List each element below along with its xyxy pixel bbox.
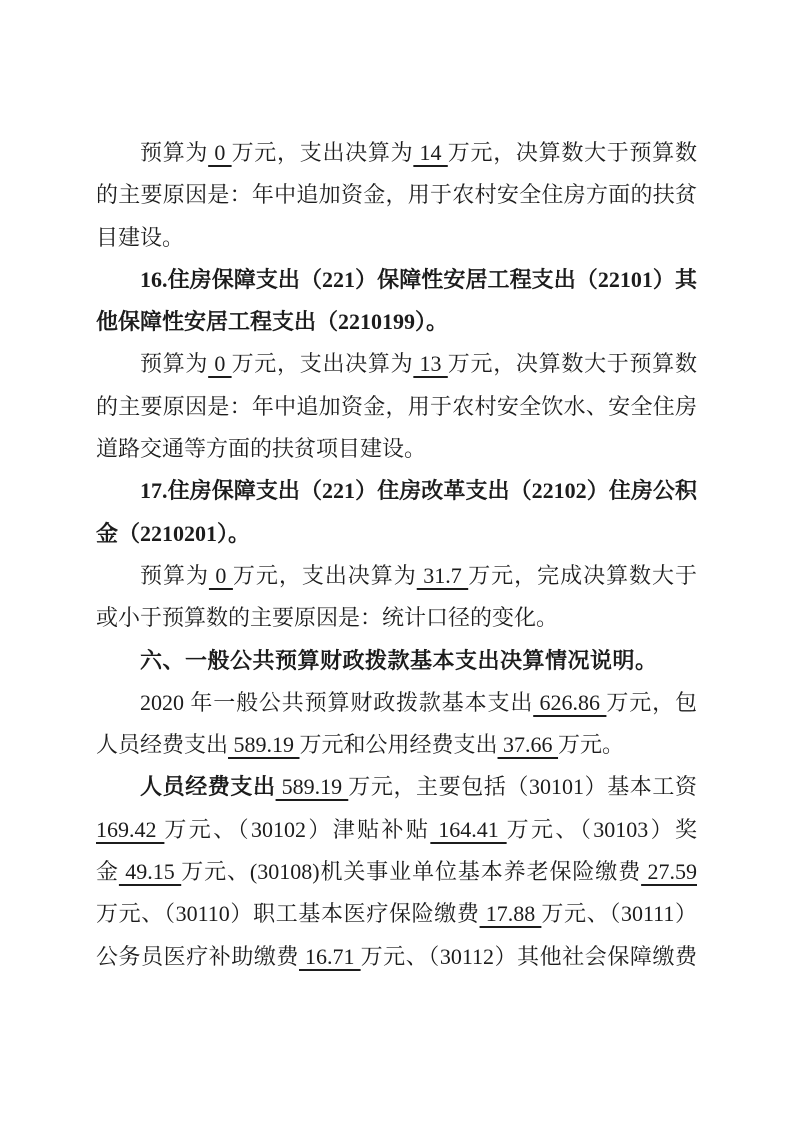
- text-segment: 公务员医疗补助缴费: [96, 944, 299, 969]
- text-segment: 万元，决算数大于预算数: [448, 351, 697, 376]
- underlined-value: 37.66: [498, 732, 559, 757]
- document-body: 预算为 0 万元，支出决算为 14 万元，决算数大于预算数的主要原因是：年中追加…: [96, 132, 697, 978]
- text-segment: 预算为: [140, 140, 208, 165]
- text-line: 目建设。: [96, 217, 697, 259]
- text-segment: 道路交通等方面的扶贫项目建设。: [96, 436, 426, 461]
- text-segment: 金: [96, 859, 119, 884]
- text-segment: 他保障性安居工程支出（2210199）。: [96, 309, 448, 334]
- underlined-value: 0: [208, 351, 231, 376]
- underlined-value: 626.86: [533, 690, 606, 715]
- text-segment: 金（2210201）。: [96, 521, 250, 546]
- underlined-value: 0: [208, 140, 231, 165]
- underlined-value: 27.59: [641, 859, 697, 884]
- section-heading-text: 六、一般公共预算财政拨款基本支出决算情况说明。: [140, 648, 658, 673]
- text-line: 六、一般公共预算财政拨款基本支出决算情况说明。: [96, 640, 697, 682]
- text-segment: 万元。: [558, 732, 624, 757]
- underlined-value: 0: [209, 563, 233, 588]
- text-line: 人员经费支出 589.19 万元，主要包括（30101）基本工资: [96, 766, 697, 808]
- underlined-value: 17.88: [480, 901, 542, 926]
- underlined-value: 164.41: [430, 817, 506, 842]
- text-line: 预算为 0 万元，支出决算为 13 万元，决算数大于预算数: [96, 343, 697, 385]
- text-line: 金（2210201）。: [96, 513, 697, 555]
- text-line: 他保障性安居工程支出（2210199）。: [96, 301, 697, 343]
- underlined-value: 169.42: [96, 817, 164, 842]
- text-segment: 预算为: [140, 351, 208, 376]
- underlined-value: 13: [413, 351, 447, 376]
- text-segment: 万元和公用经费支出: [300, 732, 498, 757]
- text-line: 金 49.15 万元、(30108)机关事业单位基本养老保险缴费 27.59: [96, 851, 697, 893]
- text-line: 的主要原因是：年中追加资金，用于农村安全饮水、安全住房及: [96, 386, 697, 428]
- underlined-value: 589.19: [276, 774, 349, 799]
- text-segment: 万元、（30111）: [541, 901, 697, 926]
- text-segment: 万元、（30103）奖: [507, 817, 697, 842]
- underlined-value: 589.19: [228, 732, 300, 757]
- text-segment: 万元、（30102）津贴补贴: [164, 817, 430, 842]
- text-segment: 万元、（30110）职工基本医疗保险缴费: [96, 901, 480, 926]
- underlined-value: 49.15: [119, 859, 181, 884]
- text-segment: 万元，完成决算数大于: [468, 563, 697, 588]
- text-segment: 万元，支出决算为: [233, 563, 417, 588]
- text-segment: 的主要原因是：年中追加资金，用于农村安全住房方面的扶贫项: [96, 182, 697, 216]
- text-segment: 或小于预算数的主要原因是：统计口径的变化。: [96, 605, 558, 630]
- text-segment: 万元，支出决算为: [232, 140, 414, 165]
- text-segment: 目建设。: [96, 225, 184, 250]
- text-line: 公务员医疗补助缴费 16.71 万元、（30112）其他社会保障缴费: [96, 936, 697, 978]
- text-line: 16.住房保障支出（221）保障性安居工程支出（22101）其: [96, 259, 697, 301]
- text-line: 或小于预算数的主要原因是：统计口径的变化。: [96, 597, 697, 639]
- text-line: 17.住房保障支出（221）住房改革支出（22102）住房公积: [96, 470, 697, 512]
- text-segment: 万元、（30112）其他社会保障缴费: [361, 944, 697, 969]
- text-segment: 预算为: [140, 563, 209, 588]
- text-segment: 万元，决算数大于预算数: [448, 140, 697, 165]
- text-line: 人员经费支出 589.19 万元和公用经费支出 37.66 万元。: [96, 724, 697, 766]
- text-line: 预算为 0 万元，支出决算为 14 万元，决算数大于预算数: [96, 132, 697, 174]
- underlined-value: 14: [413, 140, 447, 165]
- text-line: 2020 年一般公共预算财政拨款基本支出 626.86 万元，包括：: [96, 682, 697, 724]
- document-page: 预算为 0 万元，支出决算为 14 万元，决算数大于预算数的主要原因是：年中追加…: [0, 0, 793, 1122]
- underlined-value: 16.71: [299, 944, 361, 969]
- text-segment: 万元，主要包括（30101）基本工资: [348, 774, 697, 799]
- text-line: 道路交通等方面的扶贫项目建设。: [96, 428, 697, 470]
- text-line: 万元、（30110）职工基本医疗保险缴费 17.88 万元、（30111）: [96, 893, 697, 935]
- text-segment: 17.住房保障支出（221）住房改革支出（22102）住房公积: [140, 478, 697, 503]
- text-segment: 人员经费支出: [96, 732, 228, 757]
- text-segment: 的主要原因是：年中追加资金，用于农村安全饮水、安全住房及: [96, 394, 697, 428]
- underlined-value: 31.7: [417, 563, 468, 588]
- text-segment: 2020 年一般公共预算财政拨款基本支出: [140, 690, 533, 715]
- text-line: 预算为 0 万元，支出决算为 31.7 万元，完成决算数大于: [96, 555, 697, 597]
- text-segment: 人员经费支出: [140, 774, 276, 799]
- text-line: 169.42 万元、（30102）津贴补贴 164.41 万元、（30103）奖: [96, 809, 697, 851]
- text-line: 的主要原因是：年中追加资金，用于农村安全住房方面的扶贫项: [96, 174, 697, 216]
- text-segment: 16.住房保障支出（221）保障性安居工程支出（22101）其: [140, 267, 697, 292]
- text-segment: 万元，支出决算为: [232, 351, 414, 376]
- text-segment: 万元、(30108)机关事业单位基本养老保险缴费: [181, 859, 641, 884]
